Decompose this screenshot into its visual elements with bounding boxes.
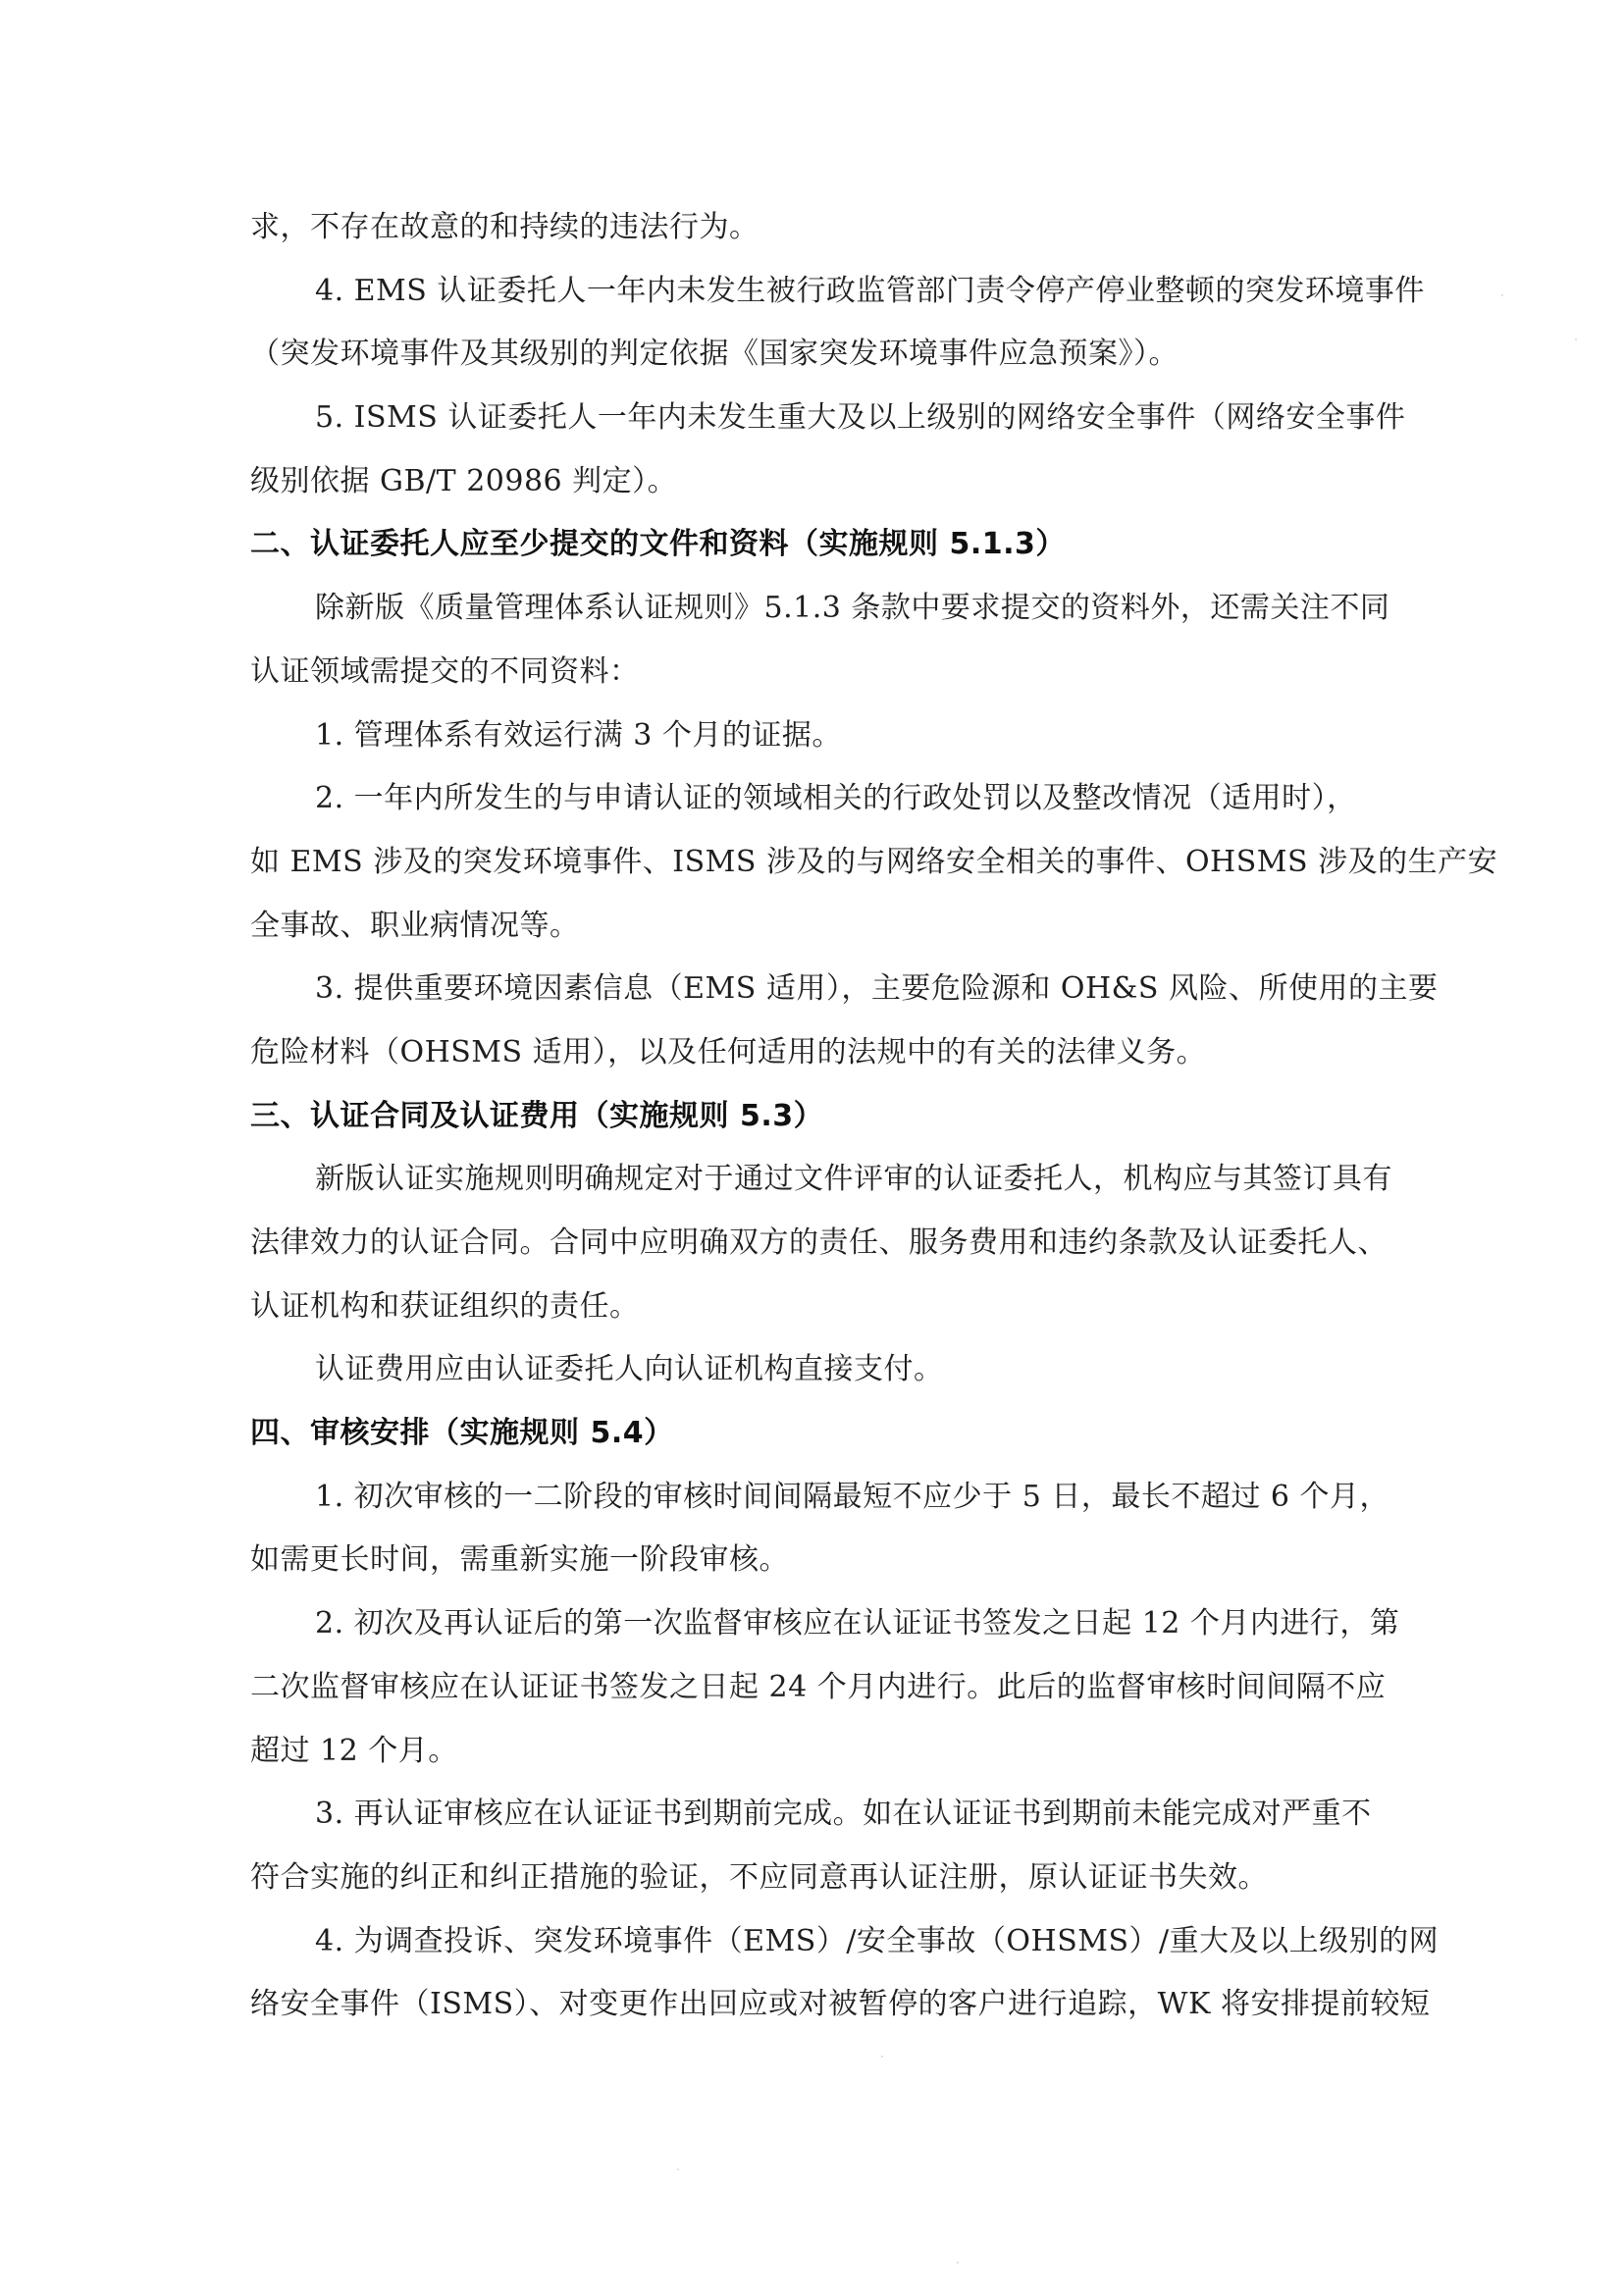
- document-page: 求，不存在故意的和持续的违法行为。 4. EMS 认证委托人一年内未发生被行政监…: [250, 196, 1485, 2037]
- body-text-line: 危险材料（OHSMS 适用），以及任何适用的法规中的有关的法律义务。: [250, 1021, 1485, 1085]
- section-heading-4: 四、审核安排（实施规则 5.4）: [250, 1402, 1485, 1466]
- list-item: 2. 初次及再认证后的第一次监督审核应在认证证书签发之日起 12 个月内进行，第: [250, 1592, 1485, 1656]
- scan-speck: [957, 2262, 959, 2264]
- list-item-ems-requirement: 4. EMS 认证委托人一年内未发生被行政监管部门责令停产停业整顿的突发环境事件: [250, 260, 1485, 324]
- section-heading-3: 三、认证合同及认证费用（实施规则 5.3）: [250, 1085, 1485, 1149]
- body-text-line: 级别依据 GB/T 20986 判定）。: [250, 450, 1485, 514]
- body-text-line: 二次监督审核应在认证证书签发之日起 24 个月内进行。此后的监督审核时间间隔不应: [250, 1656, 1485, 1720]
- paragraph-start: 认证费用应由认证委托人向认证机构直接支付。: [250, 1338, 1485, 1402]
- list-item: 4. 为调查投诉、突发环境事件（EMS）/安全事故（OHSMS）/重大及以上级别…: [250, 1910, 1485, 1974]
- body-text-line: 求，不存在故意的和持续的违法行为。: [250, 196, 1485, 260]
- body-text-line: 认证领域需提交的不同资料：: [250, 641, 1485, 704]
- body-text-line: 全事故、职业病情况等。: [250, 895, 1485, 959]
- scan-speck: [1575, 339, 1577, 340]
- body-text-line: 超过 12 个月。: [250, 1720, 1485, 1784]
- body-text-line: 络安全事件（ISMS）、对变更作出回应或对被暂停的客户进行追踪，WK 将安排提前…: [250, 1973, 1485, 2037]
- body-text-line: 如 EMS 涉及的突发环境事件、ISMS 涉及的与网络安全相关的事件、OHSMS…: [250, 831, 1485, 895]
- list-item: 3. 提供重要环境因素信息（EMS 适用），主要危险源和 OH&S 风险、所使用…: [250, 958, 1485, 1021]
- scan-speck: [677, 2168, 679, 2170]
- list-item: 1. 初次审核的一二阶段的审核时间间隔最短不应少于 5 日，最长不超过 6 个月…: [250, 1466, 1485, 1530]
- body-text-line: 认证机构和获证组织的责任。: [250, 1276, 1485, 1339]
- scan-speck: [1501, 294, 1503, 296]
- paragraph-start: 新版认证实施规则明确规定对于通过文件评审的认证委托人，机构应与其签订具有: [250, 1148, 1485, 1212]
- list-item: 3. 再认证审核应在认证证书到期前完成。如在认证证书到期前未能完成对严重不: [250, 1783, 1485, 1847]
- body-text-line: 法律效力的认证合同。合同中应明确双方的责任、服务费用和违约条款及认证委托人、: [250, 1212, 1485, 1276]
- body-text-line: 如需更长时间，需重新实施一阶段审核。: [250, 1529, 1485, 1592]
- body-text-line: （突发环境事件及其级别的判定依据《国家突发环境事件应急预案》）。: [250, 323, 1485, 387]
- paragraph-start: 除新版《质量管理体系认证规则》5.1.3 条款中要求提交的资料外，还需关注不同: [250, 577, 1485, 641]
- section-heading-2: 二、认证委托人应至少提交的文件和资料（实施规则 5.1.3）: [250, 513, 1485, 577]
- body-text-line: 符合实施的纠正和纠正措施的验证，不应同意再认证注册，原认证证书失效。: [250, 1847, 1485, 1910]
- list-item-isms-requirement: 5. ISMS 认证委托人一年内未发生重大及以上级别的网络安全事件（网络安全事件: [250, 387, 1485, 450]
- list-item: 1. 管理体系有效运行满 3 个月的证据。: [250, 704, 1485, 768]
- list-item: 2. 一年内所发生的与申请认证的领域相关的行政处罚以及整改情况（适用时），: [250, 767, 1485, 831]
- scan-speck: [881, 2056, 883, 2058]
